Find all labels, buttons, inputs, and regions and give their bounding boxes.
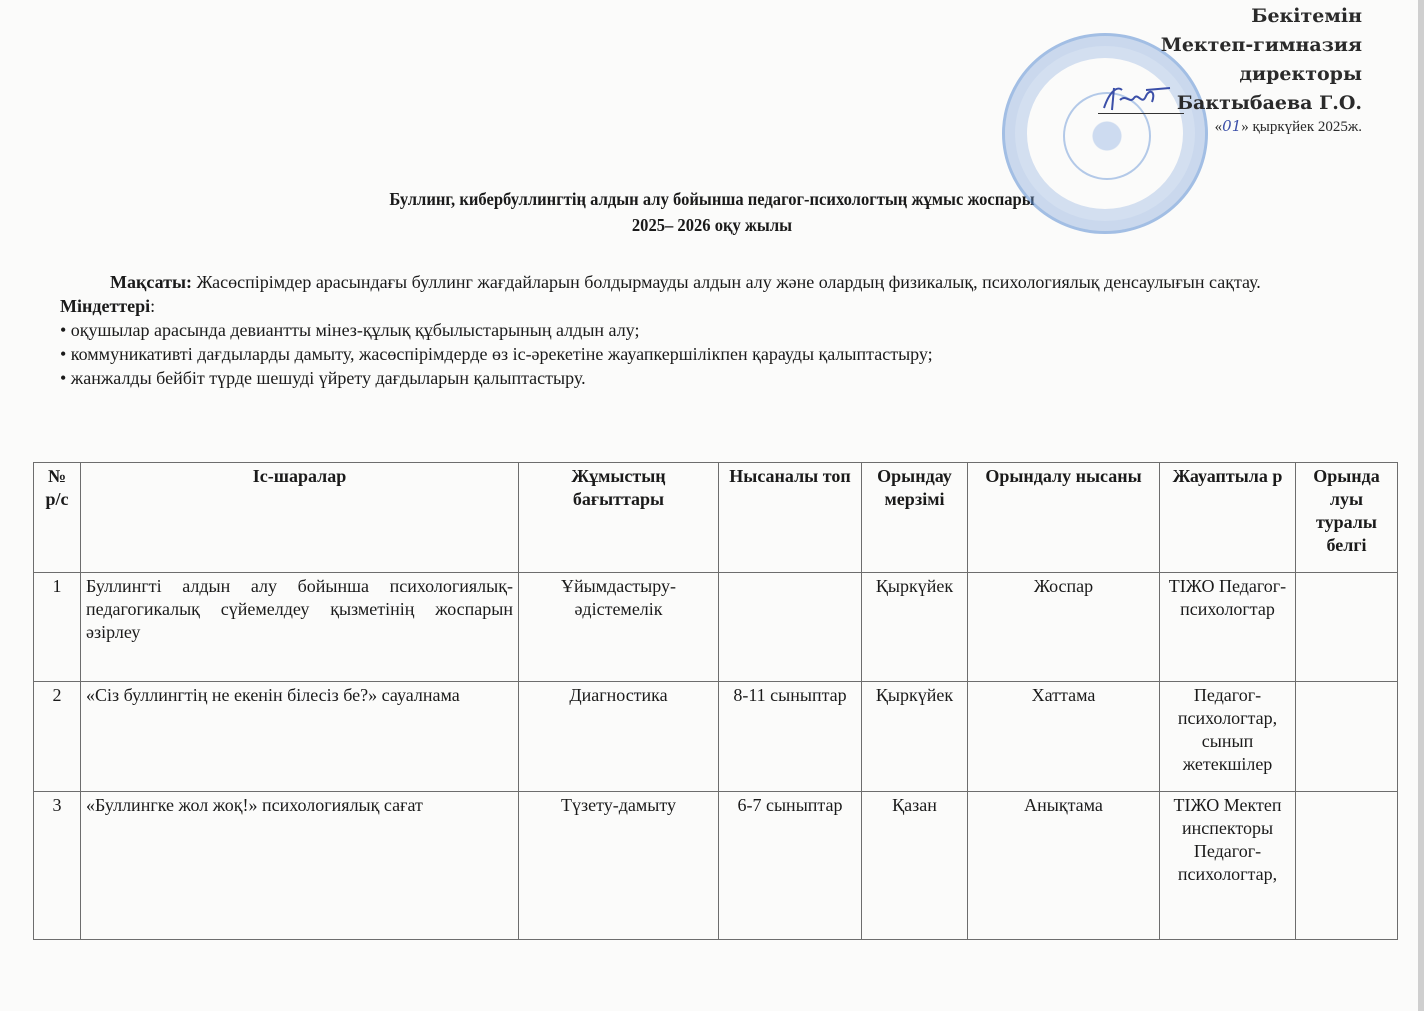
- header-completion-mark: Орында луы туралы белгі: [1296, 463, 1398, 573]
- form-cell: Хаттама: [968, 682, 1160, 792]
- mark-cell: [1296, 792, 1398, 940]
- target-cell: 8-11 сыныптар: [719, 682, 862, 792]
- header-number: № р/с: [34, 463, 81, 573]
- approval-block: Бекітемін Мектеп-гимназия директоры Бакт…: [1161, 2, 1362, 136]
- title-line-2: 2025– 2026 оқу жылы: [57, 212, 1367, 238]
- goals-section: Мақсаты: Жасөспірімдер арасындағы буллин…: [60, 270, 1320, 390]
- responsible-cell: ТІЖО Педагог-психологтар: [1160, 573, 1296, 682]
- task-item: • оқушылар арасында девиантты мінез-құлы…: [60, 318, 1320, 342]
- approval-org: Мектеп-гимназия: [1161, 31, 1362, 60]
- header-target-group: Нысаналы топ: [719, 463, 862, 573]
- goal-paragraph: Мақсаты: Жасөспірімдер арасындағы буллин…: [60, 270, 1320, 294]
- direction-cell: Диагностика: [519, 682, 719, 792]
- document-page: Бекітемін Мектеп-гимназия директоры Бакт…: [0, 0, 1418, 1011]
- task-item: • жанжалды бейбіт түрде шешуді үйрету да…: [60, 366, 1320, 390]
- goal-text: Жасөспірімдер арасындағы буллинг жағдайл…: [192, 272, 1261, 292]
- header-direction: Жұмыстың бағыттары: [519, 463, 719, 573]
- table-row: 1 Буллингті алдын алу бойынша психология…: [34, 573, 1398, 682]
- header-form: Орындалу нысаны: [968, 463, 1160, 573]
- work-plan-table: № р/с Іс-шаралар Жұмыстың бағыттары Ныса…: [33, 462, 1398, 940]
- approval-heading: Бекітемін: [1161, 2, 1362, 31]
- approval-name: Бактыбаева Г.О.: [1161, 89, 1362, 118]
- activity-cell: Буллингті алдын алу бойынша психологиялы…: [81, 573, 519, 682]
- deadline-cell: Қыркүйек: [862, 682, 968, 792]
- activity-cell: «Сіз буллингтің не екенін білесіз бе?» с…: [81, 682, 519, 792]
- deadline-cell: Қазан: [862, 792, 968, 940]
- mark-cell: [1296, 682, 1398, 792]
- form-cell: Жоспар: [968, 573, 1160, 682]
- header-activities: Іс-шаралар: [81, 463, 519, 573]
- table-row: 3 «Буллингке жол жоқ!» психологиялық сағ…: [34, 792, 1398, 940]
- mark-cell: [1296, 573, 1398, 682]
- deadline-cell: Қыркүйек: [862, 573, 968, 682]
- table-row: 2 «Сіз буллингтің не екенін білесіз бе?»…: [34, 682, 1398, 792]
- table-header-row: № р/с Іс-шаралар Жұмыстың бағыттары Ныса…: [34, 463, 1398, 573]
- target-cell: [719, 573, 862, 682]
- tasks-heading: Міндеттері:: [60, 294, 1320, 318]
- responsible-cell: Педагог-психологтар, сынып жетекшілер: [1160, 682, 1296, 792]
- direction-cell: Ұйымдастыру-әдістемелік: [519, 573, 719, 682]
- responsible-cell: ТІЖО Мектеп инспекторы Педагог-психологт…: [1160, 792, 1296, 940]
- approval-position: директоры: [1161, 60, 1362, 89]
- approval-date: «01» қыркүйек 2025ж.: [1161, 117, 1362, 136]
- page-edge: [1418, 0, 1424, 1011]
- form-cell: Анықтама: [968, 792, 1160, 940]
- target-cell: 6-7 сыныптар: [719, 792, 862, 940]
- task-item: • коммуникативті дағдыларды дамыту, жасө…: [60, 342, 1320, 366]
- approval-date-day: 01: [1222, 117, 1241, 135]
- direction-cell: Түзету-дамыту: [519, 792, 719, 940]
- header-deadline: Орындау мерзімі: [862, 463, 968, 573]
- header-responsible: Жауаптыла р: [1160, 463, 1296, 573]
- activity-cell: «Буллингке жол жоқ!» психологиялық сағат: [81, 792, 519, 940]
- goal-label: Мақсаты:: [110, 272, 192, 292]
